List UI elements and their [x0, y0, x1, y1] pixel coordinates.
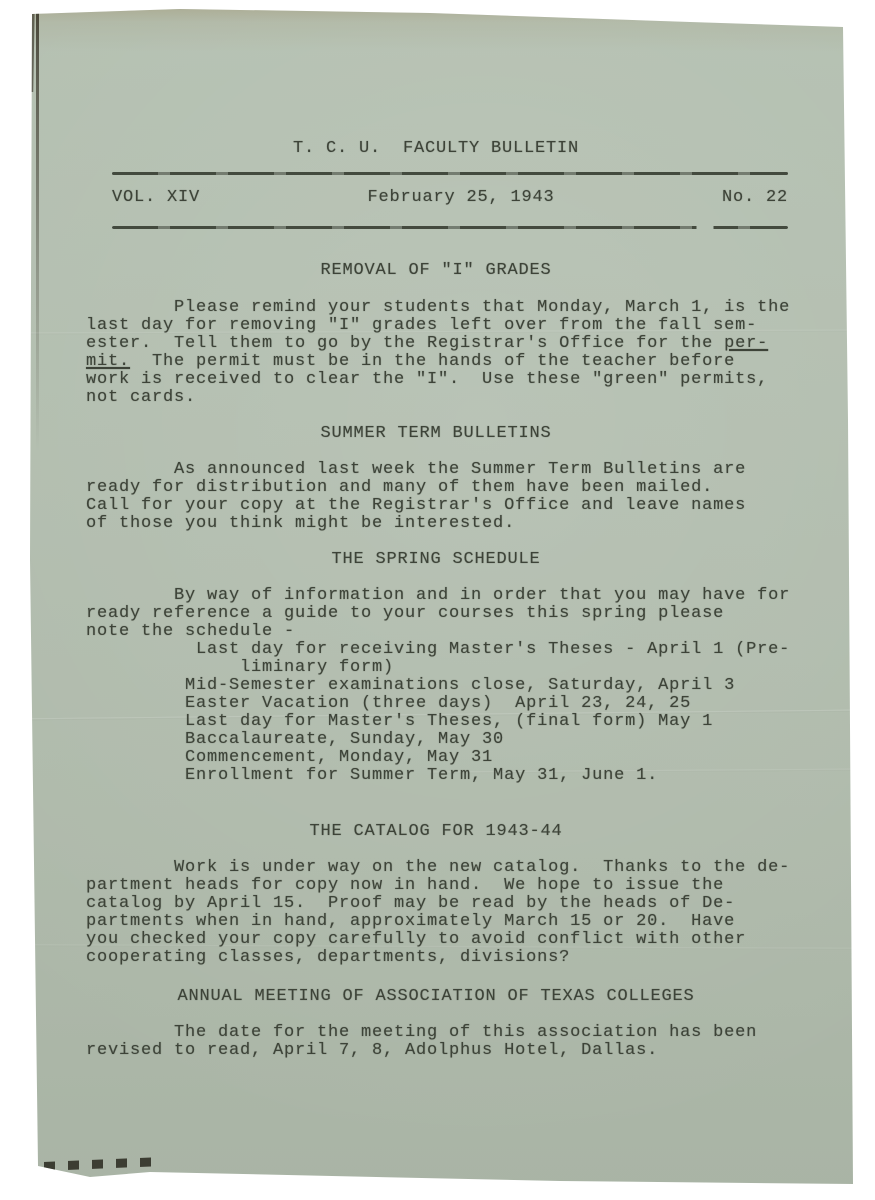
paragraph-text: The permit must be in the hands of the t… — [86, 352, 768, 407]
section-heading-spring: THE SPRING SCHEDULE — [86, 551, 786, 569]
underlined-word: per- — [724, 334, 768, 353]
masthead-volume: VOL. XIV — [112, 189, 200, 207]
section-paragraph-annual-meeting: The date for the meeting of this associa… — [86, 1024, 786, 1060]
paper-sheet: T. C. U. FACULTY BULLETIN VOL. XIV Febru… — [0, 0, 875, 1200]
masthead-row: VOL. XIV February 25, 1943 No. 22 — [112, 189, 788, 207]
paper-left-edge-shadow — [36, 12, 39, 452]
section-heading-removal: REMOVAL OF "I" GRADES — [86, 262, 786, 280]
section-heading-catalog: THE CATALOG FOR 1943-44 — [86, 823, 786, 841]
horizontal-rule-bottom — [112, 226, 788, 229]
bulletin-title: T. C. U. FACULTY BULLETIN — [86, 140, 786, 158]
section-heading-annual-meeting: ANNUAL MEETING OF ASSOCIATION OF TEXAS C… — [86, 988, 786, 1006]
document-content: T. C. U. FACULTY BULLETIN VOL. XIV Febru… — [86, 0, 786, 1060]
masthead-issue-number: No. 22 — [722, 189, 788, 207]
scanned-page: T. C. U. FACULTY BULLETIN VOL. XIV Febru… — [0, 0, 875, 1200]
section-heading-summer: SUMMER TERM BULLETINS — [86, 425, 786, 443]
masthead-date: February 25, 1943 — [367, 189, 554, 207]
section-paragraph-catalog: Work is under way on the new catalog. Th… — [86, 859, 786, 967]
binding-tear-marks — [20, 1157, 160, 1172]
section-paragraph-spring-schedule: By way of information and in order that … — [86, 587, 786, 785]
horizontal-rule-top — [112, 172, 788, 175]
paragraph-text: Please remind your students that Monday,… — [86, 298, 790, 353]
section-paragraph-removal: Please remind your students that Monday,… — [86, 299, 786, 407]
section-paragraph-summer: As announced last week the Summer Term B… — [86, 461, 786, 533]
underlined-word: mit. — [86, 352, 130, 371]
paper-corner-mark — [28, 4, 35, 92]
